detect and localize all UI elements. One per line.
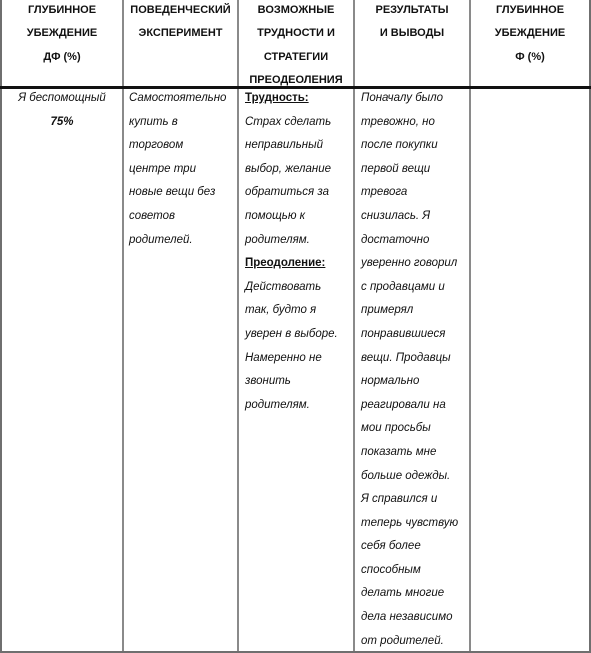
result-line: понравившиеся xyxy=(361,323,469,347)
result-line: Поначалу было xyxy=(361,87,469,111)
header-line: ВОЗМОЖНЫЕ xyxy=(239,0,353,22)
overcoming-line: уверен в выборе. xyxy=(245,323,353,347)
result-line: с продавцами и xyxy=(361,276,469,300)
header-line: И ВЫВОДЫ xyxy=(355,22,469,45)
header-behavioral-experiment: ПОВЕДЕНЧЕСКИЙ ЭКСПЕРИМЕНТ xyxy=(124,0,237,46)
difficulty-text: Страх сделатьнеправильныйвыбор, желаниео… xyxy=(245,111,353,253)
result-line: реагировали на xyxy=(361,394,469,418)
overcoming-line: родителям. xyxy=(245,394,353,418)
result-line: теперь чувствую xyxy=(361,512,469,536)
result-line: Я справился и xyxy=(361,488,469,512)
cell-behavioral-experiment: Самостоятельнокупить вторговомцентре три… xyxy=(129,87,237,252)
result-line: тревожно, но xyxy=(361,111,469,135)
result-line: тревога xyxy=(361,181,469,205)
header-line: ТРУДНОСТИ И xyxy=(239,22,353,45)
experiment-line: Самостоятельно xyxy=(129,87,237,111)
header-belief-f: ГЛУБИННОЕ УБЕЖДЕНИЕ Ф (%) xyxy=(471,0,589,69)
experiment-line: торговом xyxy=(129,134,237,158)
result-line: мои просьбы xyxy=(361,417,469,441)
result-line: примерял xyxy=(361,299,469,323)
belief-percent: 75% xyxy=(2,111,122,135)
result-line: способным xyxy=(361,559,469,583)
column-divider xyxy=(469,0,471,653)
experiment-line: купить в xyxy=(129,111,237,135)
header-line: ГЛУБИННОЕ xyxy=(2,0,122,22)
result-line: нормально xyxy=(361,370,469,394)
overcoming-line: Намеренно не xyxy=(245,347,353,371)
result-line: вещи. Продавцы xyxy=(361,347,469,371)
cell-belief-df: Я беспомощный 75% xyxy=(2,87,122,134)
result-line: делать многие xyxy=(361,582,469,606)
header-line: ГЛУБИННОЕ xyxy=(471,0,589,22)
result-line: снизилась. Я xyxy=(361,205,469,229)
difficulty-label: Трудность: xyxy=(245,87,353,111)
header-results-conclusions: РЕЗУЛЬТАТЫ И ВЫВОДЫ xyxy=(355,0,469,46)
result-line: дела независимо xyxy=(361,606,469,630)
header-line: РЕЗУЛЬТАТЫ xyxy=(355,0,469,22)
cell-difficulties-strategies: Трудность: Страх сделатьнеправильныйвыбо… xyxy=(245,87,353,417)
difficulty-line: Страх сделать xyxy=(245,111,353,135)
overcoming-line: так, будто я xyxy=(245,299,353,323)
header-line: УБЕЖДЕНИЕ xyxy=(2,22,122,45)
header-line: ДФ (%) xyxy=(2,46,122,69)
difficulty-line: неправильный xyxy=(245,134,353,158)
result-line: первой вещи xyxy=(361,158,469,182)
header-line: Ф (%) xyxy=(471,46,589,69)
experiment-line: советов xyxy=(129,205,237,229)
cell-results-conclusions: Поначалу былотревожно, нопосле покупкипе… xyxy=(361,87,469,653)
header-line: УБЕЖДЕНИЕ xyxy=(471,22,589,45)
header-difficulties-strategies: ВОЗМОЖНЫЕ ТРУДНОСТИ И СТРАТЕГИИ ПРЕОДЕОЛ… xyxy=(239,0,353,93)
experiment-line: новые вещи без xyxy=(129,181,237,205)
column-divider xyxy=(237,0,239,653)
result-line: больше одежды. xyxy=(361,465,469,489)
result-line: после покупки xyxy=(361,134,469,158)
column-divider xyxy=(353,0,355,653)
difficulty-line: обратиться за xyxy=(245,181,353,205)
experiment-line: родителей. xyxy=(129,229,237,253)
header-line: ПОВЕДЕНЧЕСКИЙ xyxy=(124,0,237,22)
result-line: показать мне xyxy=(361,441,469,465)
header-belief-df: ГЛУБИННОЕ УБЕЖДЕНИЕ ДФ (%) xyxy=(2,0,122,69)
belief-text: Я беспомощный xyxy=(2,87,122,111)
header-line: СТРАТЕГИИ xyxy=(239,46,353,69)
result-line: уверенно говорил xyxy=(361,252,469,276)
result-line: себя более xyxy=(361,535,469,559)
overcoming-line: звонить xyxy=(245,370,353,394)
difficulty-line: выбор, желание xyxy=(245,158,353,182)
overcoming-text: Действоватьтак, будто яуверен в выборе.Н… xyxy=(245,276,353,418)
result-line: от родителей. xyxy=(361,630,469,653)
overcoming-label: Преодоление: xyxy=(245,252,353,276)
result-line: достаточно xyxy=(361,229,469,253)
difficulty-line: родителям. xyxy=(245,229,353,253)
overcoming-line: Действовать xyxy=(245,276,353,300)
experiment-line: центре три xyxy=(129,158,237,182)
difficulty-line: помощью к xyxy=(245,205,353,229)
column-divider xyxy=(122,0,124,653)
header-line: ЭКСПЕРИМЕНТ xyxy=(124,22,237,45)
cbt-behavioral-experiment-table: ГЛУБИННОЕ УБЕЖДЕНИЕ ДФ (%) ПОВЕДЕНЧЕСКИЙ… xyxy=(0,0,591,653)
